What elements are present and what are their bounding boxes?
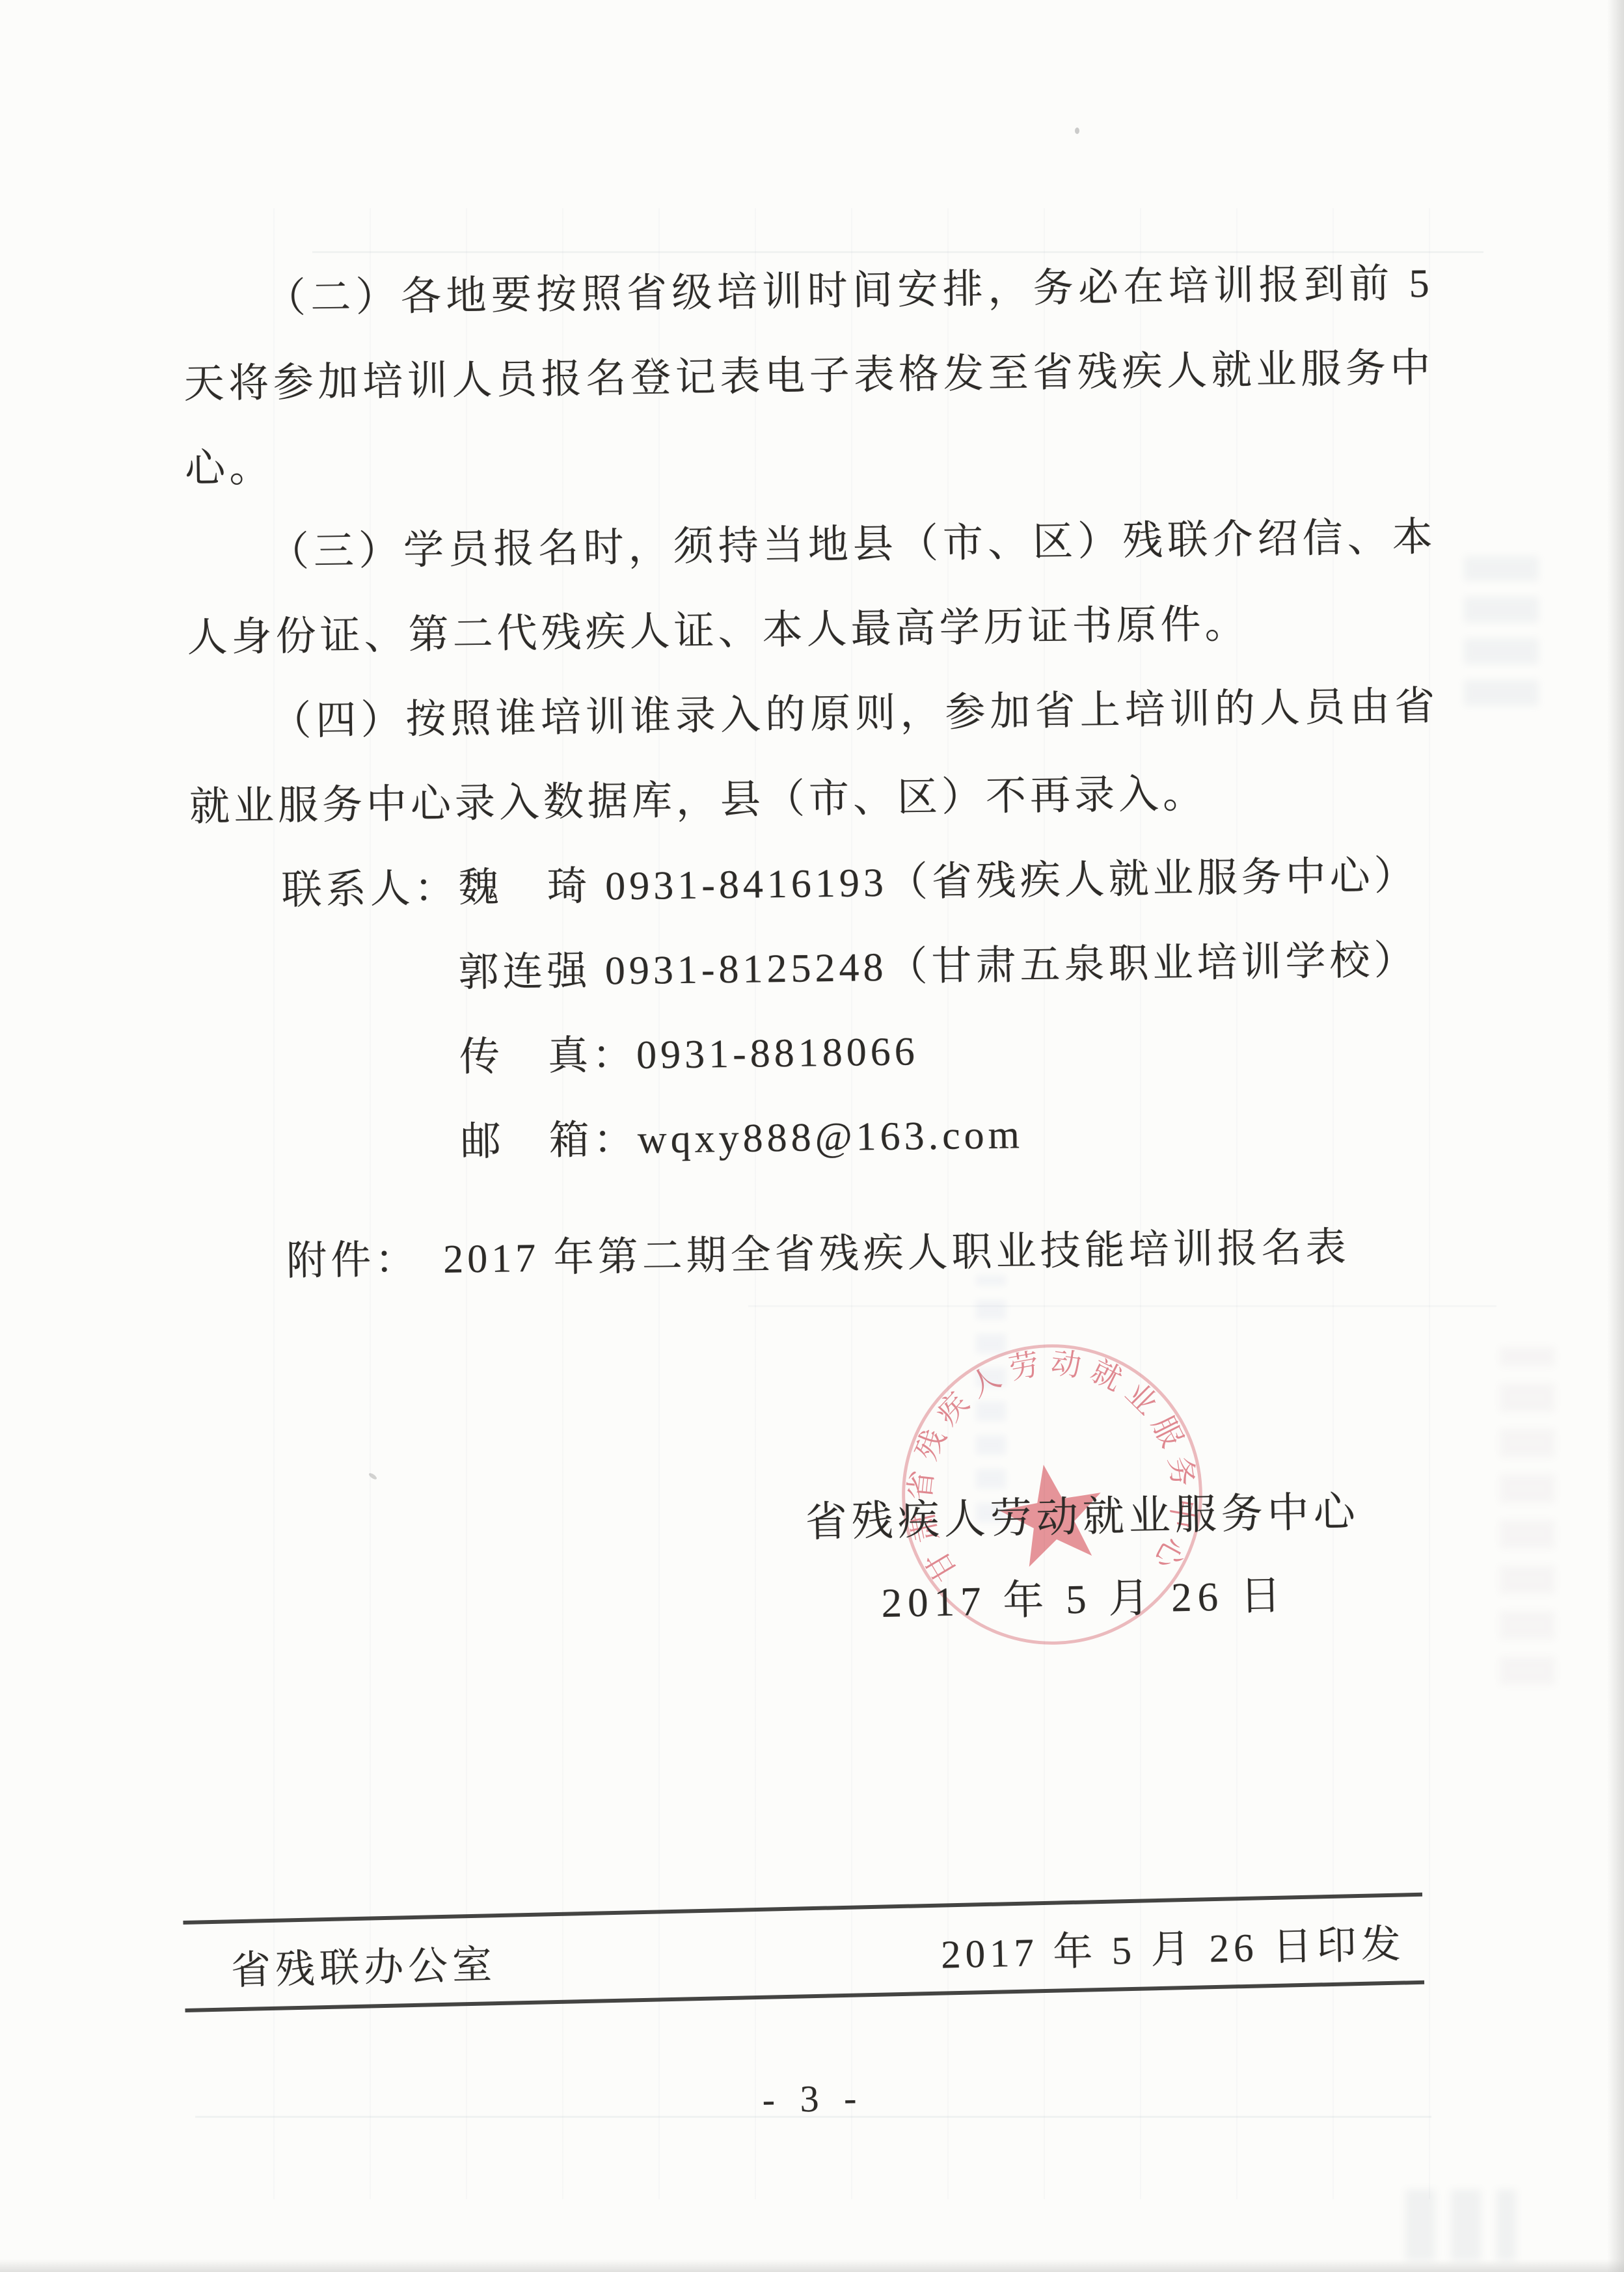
signature-block: 省残疾人劳动就业服务中心 2017 年 5 月 26 日 [802, 1486, 1364, 1630]
bleed-line-artifact [748, 1305, 1496, 1307]
bleed-text-artifact [976, 1275, 1006, 1522]
bleed-text-artifact [1500, 1347, 1555, 1685]
scan-speck [368, 1472, 378, 1481]
footer-issuing-office: 省残联办公室 [230, 1933, 497, 1995]
paper-edge-shadow [0, 2259, 1624, 2272]
paragraph-item-2: （二）各地要按照省级培训时间安排，务必在培训报到前 5 天将参加培训人员报名登记… [182, 241, 1436, 511]
footer-block: 省残联办公室 2017 年 5 月 26 日印发 [183, 1893, 1424, 2012]
contact-line-fax: 传 真：0931-8818066 [192, 1003, 1444, 1103]
paragraph-item-4: （四）按照谁培训谁录入的原则，参加省上培训的人员由省就业服务中心录入数据库，县（… [188, 664, 1441, 850]
attachment-line: 附件： 2017 年第二期全省残疾人职业技能培训报名表 [195, 1204, 1446, 1305]
footer-print-date: 2017 年 5 月 26 日印发 [940, 1912, 1406, 1979]
signature-date: 2017 年 5 月 26 日 [804, 1568, 1364, 1630]
bleed-text-artifact [1464, 556, 1539, 706]
bleed-text-artifact [1405, 2189, 1516, 2261]
document-body: （二）各地要按照省级培训时间安排，务必在培训报到前 5 天将参加培训人员报名登记… [182, 241, 1446, 1305]
contact-line-email: 邮 箱：wqxy888@163.com [193, 1087, 1445, 1188]
scan-speck [1075, 128, 1079, 134]
contact-line-primary: 联系人：魏 琦 0931-8416193（省残疾人就业服务中心） [190, 833, 1442, 934]
scanned-document-page: 甘肃省残疾人劳动就业服务中心 （二）各地要按照省级培训时间安排，务必在培训报到前… [0, 0, 1624, 2272]
paper-edge-shadow [1607, 0, 1624, 2272]
contact-line-secondary: 郭连强 0931-8125248（甘肃五泉职业培训学校） [191, 918, 1443, 1019]
page-number: - 3 - [741, 2076, 885, 2122]
signature-org: 省残疾人劳动就业服务中心 [802, 1486, 1362, 1548]
paragraph-item-3: （三）学员报名时，须持当地县（市、区）残联介绍信、本人身份证、第二代残疾人证、本… [185, 495, 1438, 681]
